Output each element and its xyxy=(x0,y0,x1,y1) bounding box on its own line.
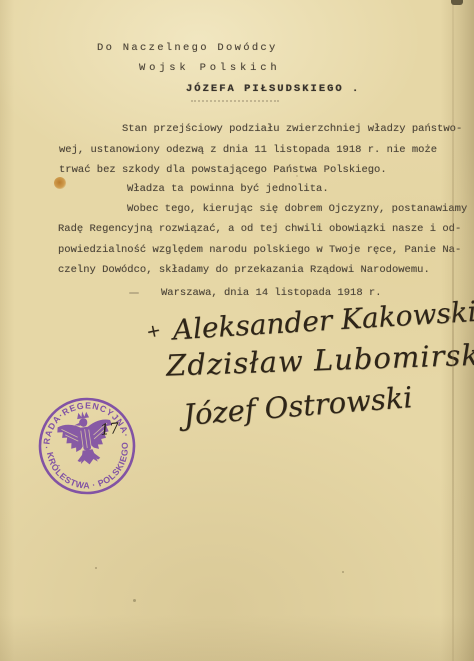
body-line: Władza ta powinna być jednolita. xyxy=(127,183,329,196)
body-line: trwać bez szkody dla powstającego Państw… xyxy=(59,164,387,177)
body-line: powiedzialność względem narodu polskiego… xyxy=(58,244,461,257)
paper-speck xyxy=(296,175,298,177)
handwritten-number: 17 xyxy=(99,419,120,439)
handwritten-cross: + xyxy=(144,320,162,342)
paper-speck xyxy=(95,567,97,569)
regency-council-seal: ·RADA·REGENCYJNA· KRÓLESTWA · POLSKIEGO xyxy=(24,383,150,509)
paper-speck xyxy=(133,599,136,602)
dateline: Warszawa, dnia 14 listopada 1918 r. xyxy=(161,287,382,300)
signature-name: Józef Ostrowski xyxy=(182,380,414,432)
body-line: wej, ustanowiony odezwą z dnia 11 listop… xyxy=(59,144,437,157)
paper-crease xyxy=(452,0,454,661)
signature-lubomirski: Zdzisław Lubomirski xyxy=(166,337,474,382)
body-line: czelny Dowódco, składamy do przekazania … xyxy=(58,264,430,277)
body-line: Radę Regencyjną rozwiązać, a od tej chwi… xyxy=(58,223,461,236)
body-line: Wobec tego, kierując się dobrem Ojczyzny… xyxy=(127,203,467,216)
signature-name: Zdzisław Lubomirski xyxy=(166,337,474,382)
recipient-name-title: JÓZEFA PIŁSUDSKIEGO . xyxy=(186,83,360,96)
paper-speck xyxy=(342,571,344,573)
faint-dotted-underline xyxy=(191,97,279,102)
pencil-dash-mark xyxy=(129,292,139,294)
document-page: Do Naczelnego Dowódcy Wojsk Polskich JÓZ… xyxy=(0,0,474,661)
recipient-line-1: Do Naczelnego Dowódcy xyxy=(97,42,278,55)
recipient-line-2: Wojsk Polskich xyxy=(139,62,280,75)
signature-ostrowski: Józef Ostrowski xyxy=(182,380,414,432)
body-line: Stan przejściowy podziału zwierzchniej w… xyxy=(122,123,462,136)
brown-stain-spot xyxy=(54,177,66,189)
paper-speck xyxy=(448,316,451,319)
corner-mark xyxy=(451,0,463,5)
